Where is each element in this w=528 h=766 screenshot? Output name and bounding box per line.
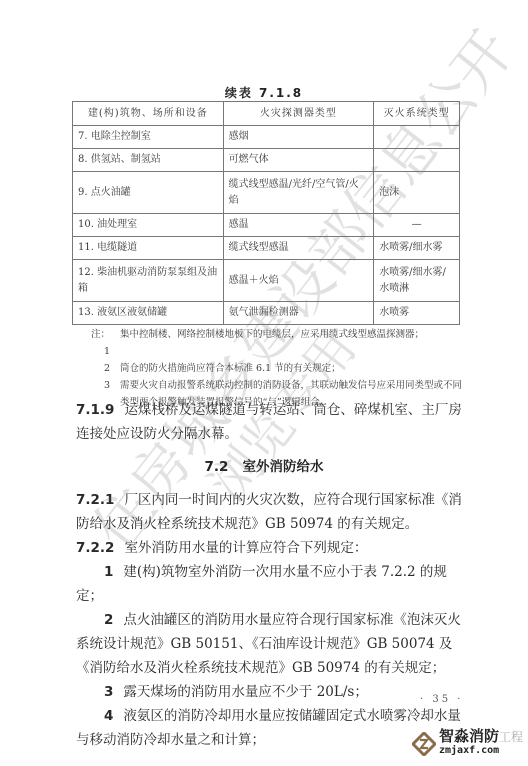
item-text: 液氨区的消防冷却用水量应按储罐固定式水喷雾冷却水量与移动消防冷却水量之和计算；: [76, 708, 461, 748]
note-item: 2 筒仓的防火措施尚应符合本标准 6.1 节的有关规定；: [90, 360, 470, 377]
table-row: 10. 油处理室 感温 —: [73, 214, 460, 237]
note-prefix: 注：1: [90, 326, 120, 360]
item-number: 4: [104, 708, 113, 724]
clause-text: 运煤栈桥及运煤隧道与转运站、筒仓、碎煤机室、主厂房连接处应设防火分隔水幕。: [76, 402, 462, 442]
cell-detector: 感烟: [223, 126, 374, 149]
clause-7-2-2: 7.2.2室外消防用水量的计算应符合下列规定： 1建(构)筑物室外消防一次用水量…: [76, 536, 464, 752]
cell-detector: 氨气泄漏检测器: [223, 302, 374, 325]
cell-system: [374, 149, 460, 172]
cell-place: 8. 供氢站、制氢站: [73, 149, 224, 172]
clause-7-1-9: 7.1.9运煤栈桥及运煤隧道与转运站、筒仓、碎煤机室、主厂房连接处应设防火分隔水…: [76, 398, 464, 446]
item-number: 2: [104, 612, 113, 628]
cell-system: 水喷雾/细水雾: [374, 237, 460, 260]
table-row: 8. 供氢站、制氢站 可燃气体: [73, 149, 460, 172]
cell-detector: 感温＋火焰: [223, 260, 374, 302]
site-logo: 智淼消防工程 zmjaxf.com: [412, 730, 523, 757]
cell-detector: 缆式线型感温/光纤/空气管/火焰: [223, 172, 374, 214]
cell-place: 9. 点火油罐: [73, 172, 224, 214]
clause-text: 厂区内同一时间内的火灾次数，应符合现行国家标准《消防给水及消火栓系统技术规范》G…: [76, 492, 462, 532]
item-number: 3: [104, 684, 113, 700]
section-title: 室外消防给水: [242, 459, 323, 475]
cell-system: 水喷雾/细水雾/水喷淋: [374, 260, 460, 302]
clause-number: 7.1.9: [76, 402, 114, 418]
table-row: 9. 点火油罐 缆式线型感温/光纤/空气管/火焰 泡沫: [73, 172, 460, 214]
clause-item: 1建(构)筑物室外消防一次用水量不应小于表 7.2.2 的规定；: [76, 560, 464, 608]
cell-place: 13. 液氨区液氨储罐: [73, 302, 224, 325]
table-row: 11. 电缆隧道 缆式线型感温 水喷雾/细水雾: [73, 237, 460, 260]
clause-item: 4液氨区的消防冷却用水量应按储罐固定式水喷雾冷却水量与移动消防冷却水量之和计算；: [76, 704, 464, 752]
section-number: 7.2: [205, 459, 229, 475]
clause-text: 室外消防用水量的计算应符合下列规定：: [124, 540, 367, 556]
clause-item: 3露天煤场的消防用水量应不少于 20L/s；: [76, 680, 464, 704]
header-system: 灭火系统类型: [374, 102, 460, 126]
section-heading: 7.2室外消防给水: [0, 455, 528, 475]
cell-detector: 可燃气体: [223, 149, 374, 172]
table-caption: 续表 7.1.8: [0, 84, 528, 101]
cell-system: [374, 126, 460, 149]
clause-number: 7.2.2: [76, 540, 114, 556]
diamond-logo-icon: [412, 732, 436, 756]
logo-name: 智淼消防工程: [439, 730, 523, 744]
cell-system: —: [374, 214, 460, 237]
table-row: 12. 柴油机驱动消防泵泵组及油箱 感温＋火焰 水喷雾/细水雾/水喷淋: [73, 260, 460, 302]
clause-heading-line: 7.2.2室外消防用水量的计算应符合下列规定：: [76, 536, 464, 560]
fire-detection-table: 建(构)筑物、场所和设备 火灾探测器类型 灭火系统类型 7. 电除尘控制室 感烟…: [72, 101, 460, 325]
item-text: 建(构)筑物室外消防一次用水量不应小于表 7.2.2 的规定；: [76, 564, 447, 604]
cell-place: 11. 电缆隧道: [73, 237, 224, 260]
header-detector: 火灾探测器类型: [223, 102, 374, 126]
clause-item: 2点火油罐区的消防用水量应符合现行国家标准《泡沫灭火系统设计规范》GB 5015…: [76, 608, 464, 680]
item-text: 点火油罐区的消防用水量应符合现行国家标准《泡沫灭火系统设计规范》GB 50151…: [76, 612, 461, 676]
note-text: 集中控制楼、网络控制楼地板下的电缆层，应采用缆式线型感温探测器；: [120, 326, 424, 360]
table-header-row: 建(构)筑物、场所和设备 火灾探测器类型 灭火系统类型: [73, 102, 460, 126]
page-number: · 35 ·: [420, 694, 463, 705]
logo-domain: zmjaxf.com: [439, 744, 523, 757]
note-text: 筒仓的防火措施尚应符合本标准 6.1 节的有关规定；: [120, 360, 341, 377]
document-page: 续表 7.1.8 建(构)筑物、场所和设备 火灾探测器类型 灭火系统类型 7. …: [0, 0, 528, 766]
cell-detector: 缆式线型感温: [223, 237, 374, 260]
item-number: 1: [104, 564, 113, 580]
cell-place: 10. 油处理室: [73, 214, 224, 237]
note-number: 2: [90, 360, 120, 377]
note-item: 注：1 集中控制楼、网络控制楼地板下的电缆层，应采用缆式线型感温探测器；: [90, 326, 470, 360]
cell-system: 泡沫: [374, 172, 460, 214]
clause-7-2-1: 7.2.1厂区内同一时间内的火灾次数，应符合现行国家标准《消防给水及消火栓系统技…: [76, 488, 464, 536]
cell-detector: 感温: [223, 214, 374, 237]
cell-place: 12. 柴油机驱动消防泵泵组及油箱: [73, 260, 224, 302]
clause-number: 7.2.1: [76, 492, 114, 508]
table-row: 7. 电除尘控制室 感烟: [73, 126, 460, 149]
table-row: 13. 液氨区液氨储罐 氨气泄漏检测器 水喷雾: [73, 302, 460, 325]
header-place: 建(构)筑物、场所和设备: [73, 102, 224, 126]
item-text: 露天煤场的消防用水量应不少于 20L/s；: [123, 684, 367, 700]
cell-place: 7. 电除尘控制室: [73, 126, 224, 149]
cell-system: 水喷雾: [374, 302, 460, 325]
